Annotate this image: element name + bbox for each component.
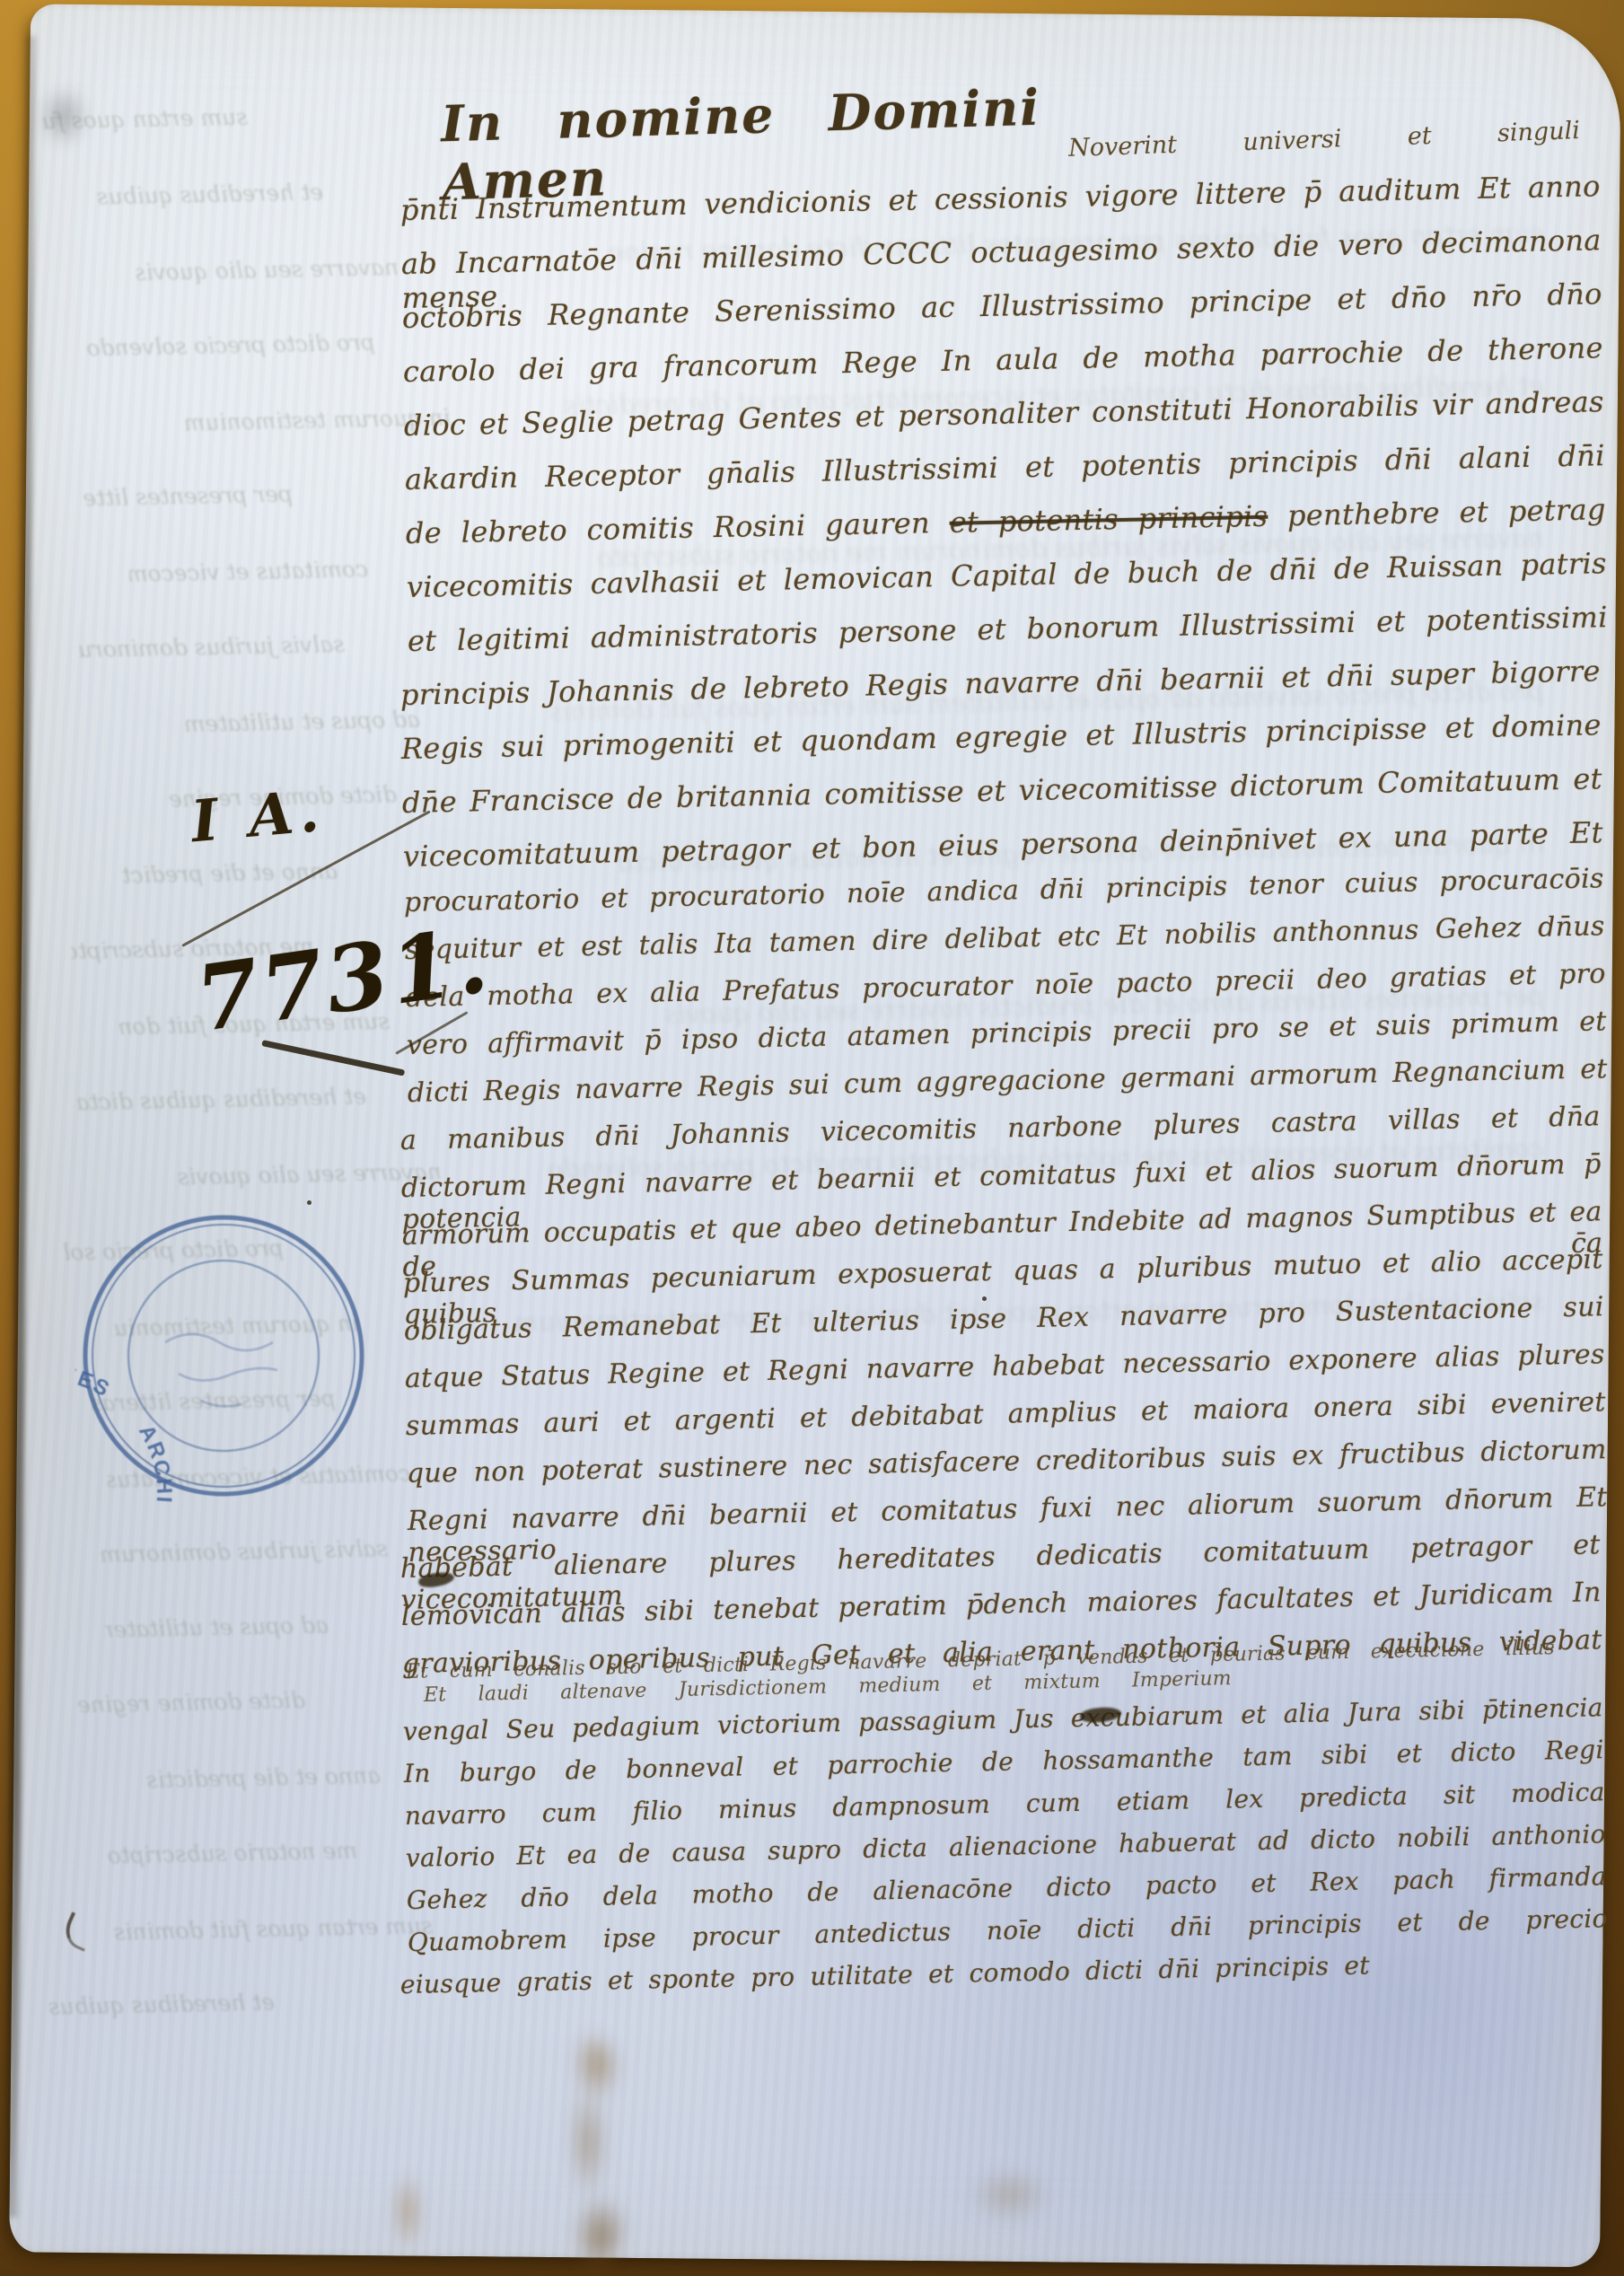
bleedthrough-line: et heredibus quibus dicta — [89, 179, 324, 209]
ink-speck — [307, 1200, 312, 1205]
stamp-center-emblem — [165, 1334, 277, 1406]
stamp-middle-ring — [92, 1225, 355, 1487]
stamp-legend: ARCHIVES DU DÉPARTEMENT DES BASSES-PYRÉN… — [75, 1359, 176, 1504]
bleedthrough-line: dicte domine regine — [53, 1687, 306, 1718]
stamp-inner-ring — [128, 1261, 319, 1451]
stamp-outer-ring — [85, 1217, 362, 1494]
struck-phrase: et potentis principis — [949, 499, 1268, 540]
stain — [952, 2155, 1068, 2236]
bleedthrough-line: et heredibus quibus dicta — [46, 1989, 276, 2019]
bleedthrough-line: anno et die predictis — [122, 857, 338, 888]
archive-stamp: ARCHIVES DU DÉPARTEMENT DES BASSES-PYRÉN… — [75, 1208, 372, 1504]
bleedthrough-line: ad opus et utilitatem — [104, 1612, 329, 1642]
smudge-stain — [25, 74, 102, 160]
bleedthrough-line: per presentes litteras — [82, 481, 294, 512]
bleedthrough-line: comitatus et vicecomitatus — [129, 556, 369, 587]
margin-classmark: I A. — [189, 778, 327, 857]
manuscript-photo: { "image_type": "photograph of a handwri… — [0, 0, 1624, 2276]
bleedthrough-line: navarre seu alio quovis — [136, 254, 399, 286]
ink-speck — [982, 1296, 987, 1301]
stain — [549, 2036, 636, 2272]
stain — [384, 2153, 431, 2270]
bleedthrough-line: salvis juribus dominorum — [78, 631, 346, 663]
